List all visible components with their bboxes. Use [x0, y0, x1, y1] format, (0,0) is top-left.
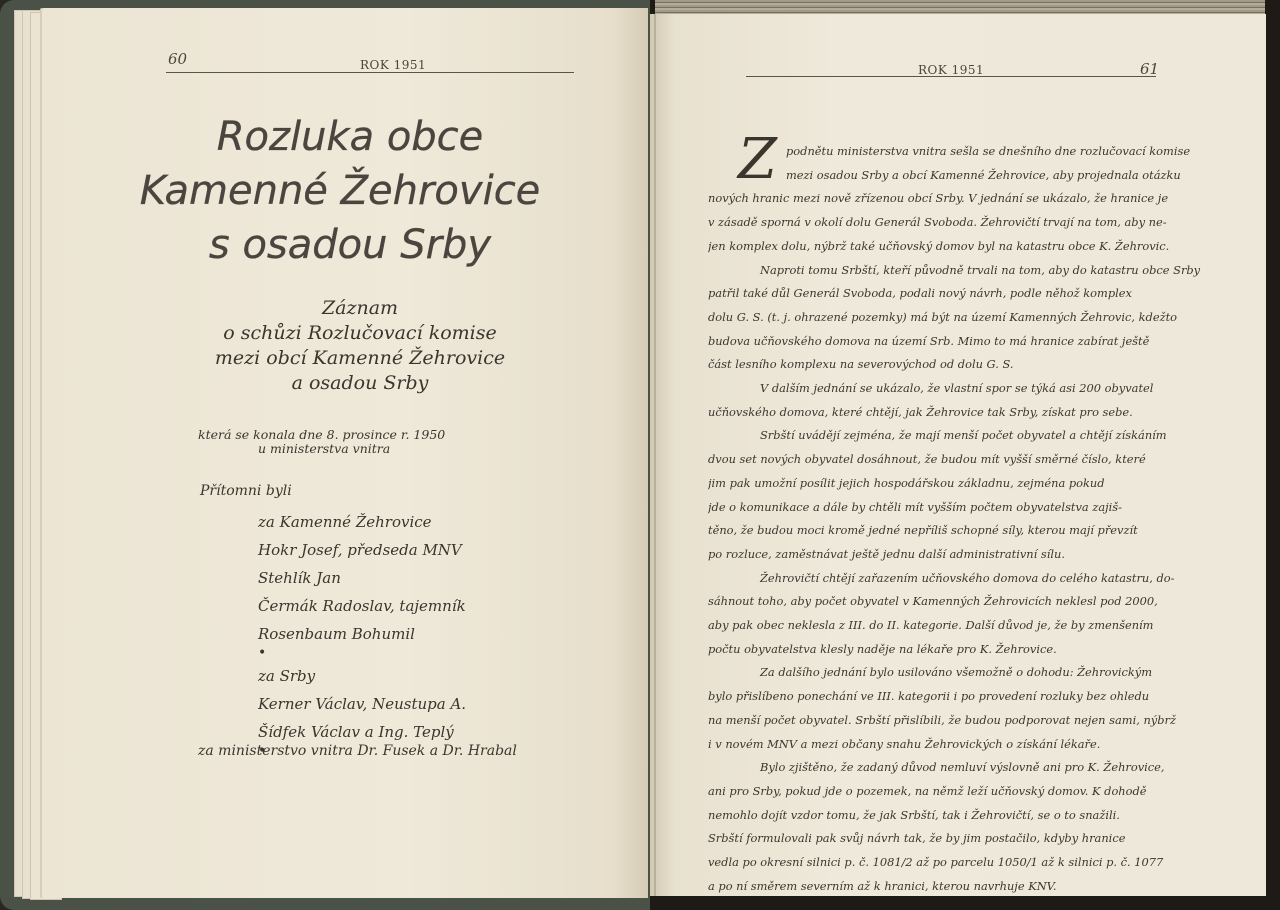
- text-line: počtu obyvatelstva klesly naděje na léka…: [708, 638, 1218, 662]
- text-line: Naproti tomu Srbští, kteří původně trval…: [708, 259, 1218, 283]
- attendee-group: za Srby: [258, 662, 466, 690]
- title-line: Rozluka obce: [130, 110, 570, 164]
- bullet-dot: •: [258, 648, 466, 662]
- book-gutter: [654, 14, 656, 896]
- attendee: Šídfek Václav a Ing. Teplý: [258, 718, 466, 746]
- text-line: i v novém MNV a mezi občany snahu Žehrov…: [708, 733, 1218, 757]
- record-line: mezi obcí Kamenné Žehrovice: [180, 346, 540, 371]
- text-line: a po ní směrem severním až k hranici, kt…: [708, 875, 1218, 899]
- record-heading-block: Záznam o schůzi Rozlučovací komise mezi …: [180, 296, 540, 396]
- running-head-right: ROK 1951: [918, 63, 984, 77]
- text-line: vedla po okresní silnici p. č. 1081/2 až…: [708, 851, 1218, 875]
- page-title: Rozluka obce Kamenné Žehrovice s osadou …: [150, 110, 570, 272]
- text-line: budova učňovského domova na území Srb. M…: [708, 330, 1218, 354]
- text-line: jen komplex dolu, nýbrž také učňovský do…: [708, 235, 1218, 259]
- record-heading: Záznam: [180, 296, 540, 321]
- text-line: Srbští formulovali pak svůj návrh tak, ž…: [708, 827, 1218, 851]
- header-rule-right: [746, 76, 1156, 77]
- text-line: Srbští uvádějí zejména, že mají menší po…: [708, 424, 1218, 448]
- minutes-body: podnětu ministerstva vnitra sešla se dne…: [708, 140, 1218, 899]
- text-line: Za dalšího jednání bylo usilováno všemož…: [708, 661, 1218, 685]
- text-line: v zásadě sporná v okolí dolu Generál Svo…: [708, 211, 1218, 235]
- present-label: Přítomni byli: [200, 483, 292, 499]
- text-line: nových hranic mezi nově zřízenou obcí Sr…: [708, 187, 1218, 211]
- meeting-date: která se konala dne 8. prosince r. 1950: [198, 428, 518, 442]
- text-line: učňovského domova, které chtějí, jak Žeh…: [708, 401, 1218, 425]
- text-line: na menší počet obyvatel. Srbští přislíbi…: [708, 709, 1218, 733]
- title-line: Kamenné Žehrovice: [110, 164, 570, 218]
- text-line: Žehrovičtí chtějí zařazením učňovského d…: [708, 567, 1218, 591]
- text-line: část lesního komplexu na severovýchod od…: [708, 353, 1218, 377]
- attendee-list: za Kamenné Žehrovice Hokr Josef, předsed…: [258, 508, 466, 760]
- meeting-place: u ministerstva vnitra: [198, 442, 518, 456]
- attendee-group: za Kamenné Žehrovice: [258, 508, 466, 536]
- record-line: a osadou Srby: [180, 371, 540, 396]
- attendee: Kerner Václav, Neustupa A.: [258, 690, 466, 718]
- record-line: o schůzi Rozlučovací komise: [180, 321, 540, 346]
- text-line: nemohlo dojít vzdor tomu, že jak Srbští,…: [708, 804, 1218, 828]
- text-line: jim pak umožní posílit jejich hospodářsk…: [708, 472, 1218, 496]
- attendee: Hokr Josef, předseda MNV: [258, 536, 466, 564]
- text-line: ani pro Srby, pokud jde o pozemek, na ně…: [708, 780, 1218, 804]
- text-line: dvou set nových obyvatel dosáhnout, že b…: [708, 448, 1218, 472]
- text-line: bylo přislíbeno ponechání ve III. katego…: [708, 685, 1218, 709]
- text-line: sáhnout toho, aby počet obyvatel v Kamen…: [708, 590, 1218, 614]
- page-stack-edge: [655, 0, 1265, 14]
- attendee: Stehlík Jan: [258, 564, 466, 592]
- attendee: Rosenbaum Bohumil: [258, 620, 466, 648]
- text-line: mezi osadou Srby a obcí Kamenné Žehrovic…: [708, 164, 1218, 188]
- text-line: jde o komunikace a dále by chtěli mít vy…: [708, 496, 1218, 520]
- text-line: těno, že budou moci kromě jedné nepříliš…: [708, 519, 1218, 543]
- page-number-left: 60: [168, 50, 187, 68]
- text-line: podnětu ministerstva vnitra sešla se dne…: [708, 140, 1218, 164]
- title-line: s osadou Srby: [130, 218, 570, 272]
- text-line: patřil také důl Generál Svoboda, podali …: [708, 282, 1218, 306]
- text-line: po rozluce, zaměstnávat ještě jednu dalš…: [708, 543, 1218, 567]
- text-line: V dalším jednání se ukázalo, že vlastní …: [708, 377, 1218, 401]
- header-rule-left: [166, 72, 574, 73]
- text-line: aby pak obec neklesla z III. do II. kate…: [708, 614, 1218, 638]
- meeting-info: která se konala dne 8. prosince r. 1950 …: [198, 428, 518, 456]
- ministry-attendees: za ministerstvo vnitra Dr. Fusek a Dr. H…: [198, 743, 517, 759]
- text-line: Bylo zjištěno, že zadaný důvod nemluví v…: [708, 756, 1218, 780]
- text-line: dolu G. S. (t. j. ohrazené pozemky) má b…: [708, 306, 1218, 330]
- running-head-left: ROK 1951: [360, 58, 426, 72]
- attendee: Čermák Radoslav, tajemník: [258, 592, 466, 620]
